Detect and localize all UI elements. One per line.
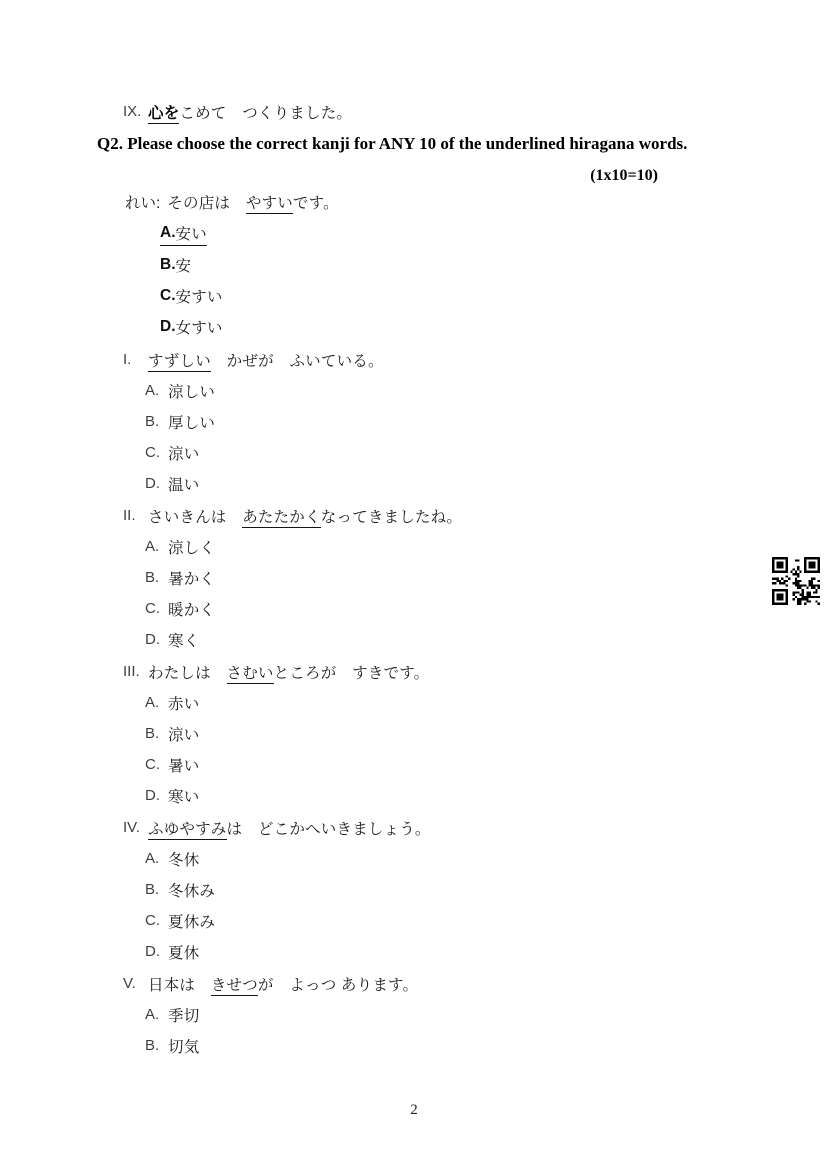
option-row: C.夏休み xyxy=(0,905,828,936)
text-run: さいきんは xyxy=(148,509,242,526)
question-numeral: V. xyxy=(123,975,148,992)
option-letter: C. xyxy=(145,444,168,461)
option-letter: C. xyxy=(145,600,168,617)
option-row: B.暑かく xyxy=(0,562,828,593)
qr-code-icon xyxy=(772,557,820,605)
question-group: III.わたしは さむいところが すきです。A.赤いB.涼いC.暑いD.寒い xyxy=(0,656,828,811)
question-sentence-line: II.さいきんは あたたかくなってきましたね。 xyxy=(0,500,828,531)
question-group: IV.ふゆやすみは どこかへいきましょう。A.冬休B.冬休みC.夏休みD.夏休 xyxy=(0,812,828,967)
option-row: C.暑い xyxy=(0,749,828,780)
option-text: 赤い xyxy=(168,692,199,714)
option-text: 寒く xyxy=(168,629,199,651)
option-row: A.涼しい xyxy=(0,375,828,406)
option-text: 冬休み xyxy=(168,879,215,901)
text-run: なってきましたね。 xyxy=(321,509,462,526)
question-group: I.すずしい かぜが ふいている。A.涼しいB.厚しいC.涼いD.温い xyxy=(0,344,828,499)
option-text: 季切 xyxy=(168,1004,199,1026)
question-numeral: III. xyxy=(123,663,148,680)
option-text: 厚しい xyxy=(168,411,215,433)
option-text: 涼しく xyxy=(168,536,215,558)
option-letter: A. xyxy=(145,382,168,399)
option-row: B.涼い xyxy=(0,718,828,749)
option-letter: B. xyxy=(145,725,168,742)
text-run: わたしは xyxy=(148,665,227,682)
option-letter: D. xyxy=(145,943,168,960)
option-letter: B. xyxy=(145,1037,168,1054)
questions-list: I.すずしい かぜが ふいている。A.涼しいB.厚しいC.涼いD.温いII.さい… xyxy=(0,0,828,1169)
text-run: が よっつ あります。 xyxy=(258,977,418,994)
option-letter: A. xyxy=(145,694,168,711)
option-row: D.寒い xyxy=(0,780,828,811)
option-row: D.夏休 xyxy=(0,936,828,967)
option-row: C.暖かく xyxy=(0,593,828,624)
option-row: B.冬休み xyxy=(0,874,828,905)
option-letter: C. xyxy=(145,756,168,773)
question-sentence-text: ふゆやすみは どこかへいきましょう。 xyxy=(148,817,431,839)
question-group: V.日本は きせつが よっつ あります。A.季切B.切気 xyxy=(0,968,828,1061)
option-letter: B. xyxy=(145,569,168,586)
question-group: II.さいきんは あたたかくなってきましたね。A.涼しくB.暑かくC.暖かくD.… xyxy=(0,500,828,655)
option-text: 暑い xyxy=(168,754,199,776)
option-text: 暖かく xyxy=(168,598,215,620)
option-letter: D. xyxy=(145,631,168,648)
question-numeral: II. xyxy=(123,507,148,524)
underlined-word: さむい xyxy=(227,665,274,684)
question-numeral: I. xyxy=(123,351,148,368)
option-text: 涼しい xyxy=(168,380,215,402)
option-letter: A. xyxy=(145,850,168,867)
option-text: 涼い xyxy=(168,723,199,745)
underlined-word: ふゆやすみ xyxy=(148,821,227,840)
option-row: D.温い xyxy=(0,468,828,499)
text-run: ところが すきです。 xyxy=(274,665,430,682)
option-letter: C. xyxy=(145,912,168,929)
question-sentence-line: V.日本は きせつが よっつ あります。 xyxy=(0,968,828,999)
question-sentence-line: IV.ふゆやすみは どこかへいきましょう。 xyxy=(0,812,828,843)
option-row: A.季切 xyxy=(0,999,828,1030)
underlined-word: すずしい xyxy=(148,353,211,372)
option-row: A.赤い xyxy=(0,687,828,718)
question-numeral: IV. xyxy=(123,819,148,836)
text-run: は どこかへいきましょう。 xyxy=(227,821,431,838)
underlined-word: あたたかく xyxy=(242,509,321,528)
option-row: A.涼しく xyxy=(0,531,828,562)
option-row: C.涼い xyxy=(0,437,828,468)
question-sentence-text: わたしは さむいところが すきです。 xyxy=(148,661,429,683)
option-row: D.寒く xyxy=(0,624,828,655)
text-run: かぜが ふいている。 xyxy=(211,353,384,370)
option-text: 冬休 xyxy=(168,848,199,870)
option-text: 涼い xyxy=(168,442,199,464)
option-letter: B. xyxy=(145,881,168,898)
text-run: 日本は xyxy=(148,977,211,994)
option-text: 暑かく xyxy=(168,567,215,589)
option-text: 夏休み xyxy=(168,910,215,932)
option-letter: D. xyxy=(145,787,168,804)
option-text: 寒い xyxy=(168,785,199,807)
option-text: 温い xyxy=(168,473,199,495)
option-letter: D. xyxy=(145,475,168,492)
option-row: A.冬休 xyxy=(0,843,828,874)
option-letter: A. xyxy=(145,538,168,555)
underlined-word: きせつ xyxy=(211,977,258,996)
question-sentence-line: I.すずしい かぜが ふいている。 xyxy=(0,344,828,375)
document-page: IX. 心をこめて つくりました。 Q2. Please choose the … xyxy=(0,0,828,1169)
question-sentence-line: III.わたしは さむいところが すきです。 xyxy=(0,656,828,687)
option-letter: A. xyxy=(145,1006,168,1023)
option-letter: B. xyxy=(145,413,168,430)
question-sentence-text: 日本は きせつが よっつ あります。 xyxy=(148,973,418,995)
question-sentence-text: すずしい かぜが ふいている。 xyxy=(148,349,384,371)
option-text: 夏休 xyxy=(168,941,199,963)
option-row: B.切気 xyxy=(0,1030,828,1061)
option-row: B.厚しい xyxy=(0,406,828,437)
option-text: 切気 xyxy=(168,1035,199,1057)
question-sentence-text: さいきんは あたたかくなってきましたね。 xyxy=(148,505,462,527)
page-number: 2 xyxy=(0,1095,828,1126)
